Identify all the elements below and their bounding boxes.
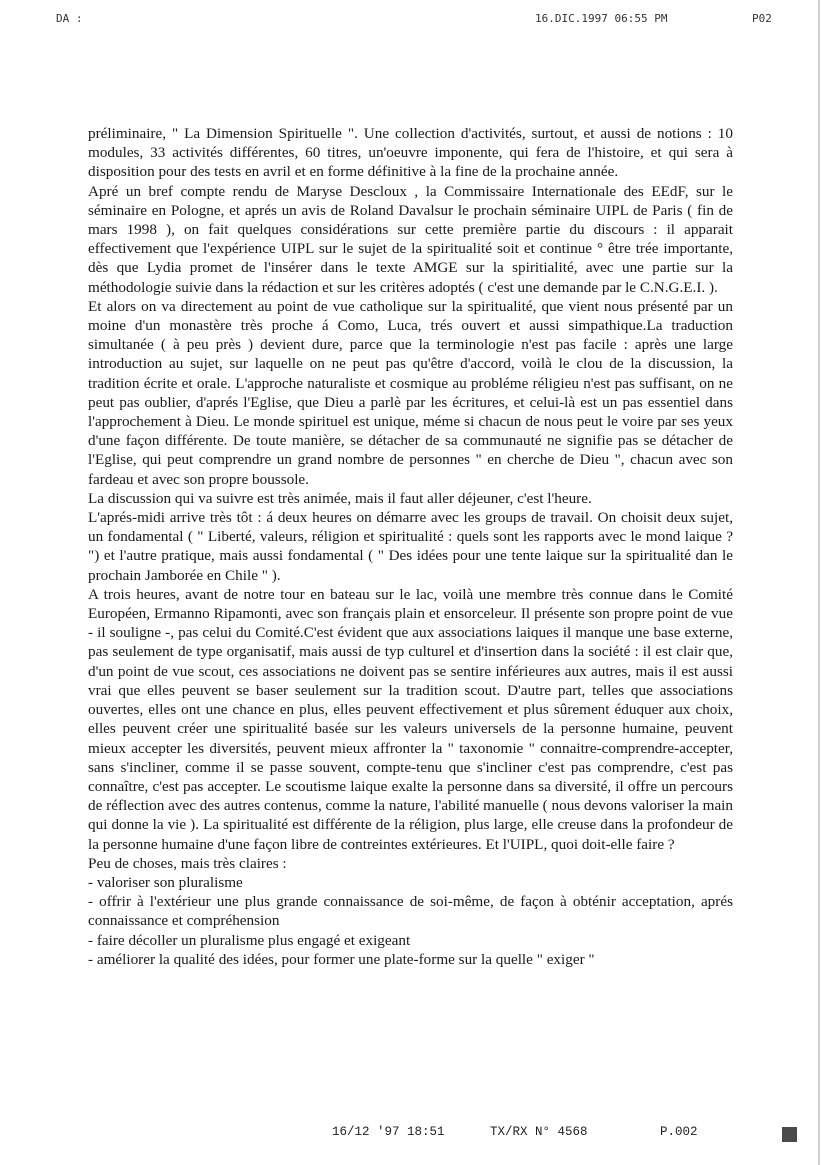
paragraph: préliminaire, " La Dimension Spirituelle…	[88, 124, 733, 182]
fax-send-datetime: 16.DIC.1997 06:55 PM	[535, 12, 667, 25]
fax-page-number: P02	[752, 12, 772, 25]
bullet-item: - valoriser son pluralisme	[88, 873, 733, 892]
paragraph: La discussion qui va suivre est très ani…	[88, 489, 733, 508]
fax-txrx-number: TX/RX N° 4568	[490, 1125, 588, 1139]
paragraph: L'aprés-midi arrive très tôt : á deux he…	[88, 508, 733, 585]
fax-footer: 16/12 '97 18:51 TX/RX N° 4568 P.002	[0, 1125, 823, 1145]
bullet-item: - améliorer la qualité des idées, pour f…	[88, 950, 733, 969]
paragraph: Et alors on va directement au point de v…	[88, 297, 733, 489]
bullet-item: - faire décoller un pluralisme plus enga…	[88, 931, 733, 950]
fax-footer-page: P.002	[660, 1125, 698, 1139]
paragraph: Peu de choses, mais très claires :	[88, 854, 733, 873]
page-edge	[818, 0, 820, 1165]
fax-receive-datetime: 16/12 '97 18:51	[332, 1125, 445, 1139]
paragraph: A trois heures, avant de notre tour en b…	[88, 585, 733, 854]
paragraph: Apré un bref compte rendu de Maryse Desc…	[88, 182, 733, 297]
document-body: préliminaire, " La Dimension Spirituelle…	[88, 124, 733, 969]
bullet-item: - offrir à l'extérieur une plus grande c…	[88, 892, 733, 930]
fax-from-label: DA :	[56, 12, 83, 25]
scan-mark-icon	[782, 1127, 797, 1142]
fax-header: DA : 16.DIC.1997 06:55 PM P02	[0, 8, 823, 28]
